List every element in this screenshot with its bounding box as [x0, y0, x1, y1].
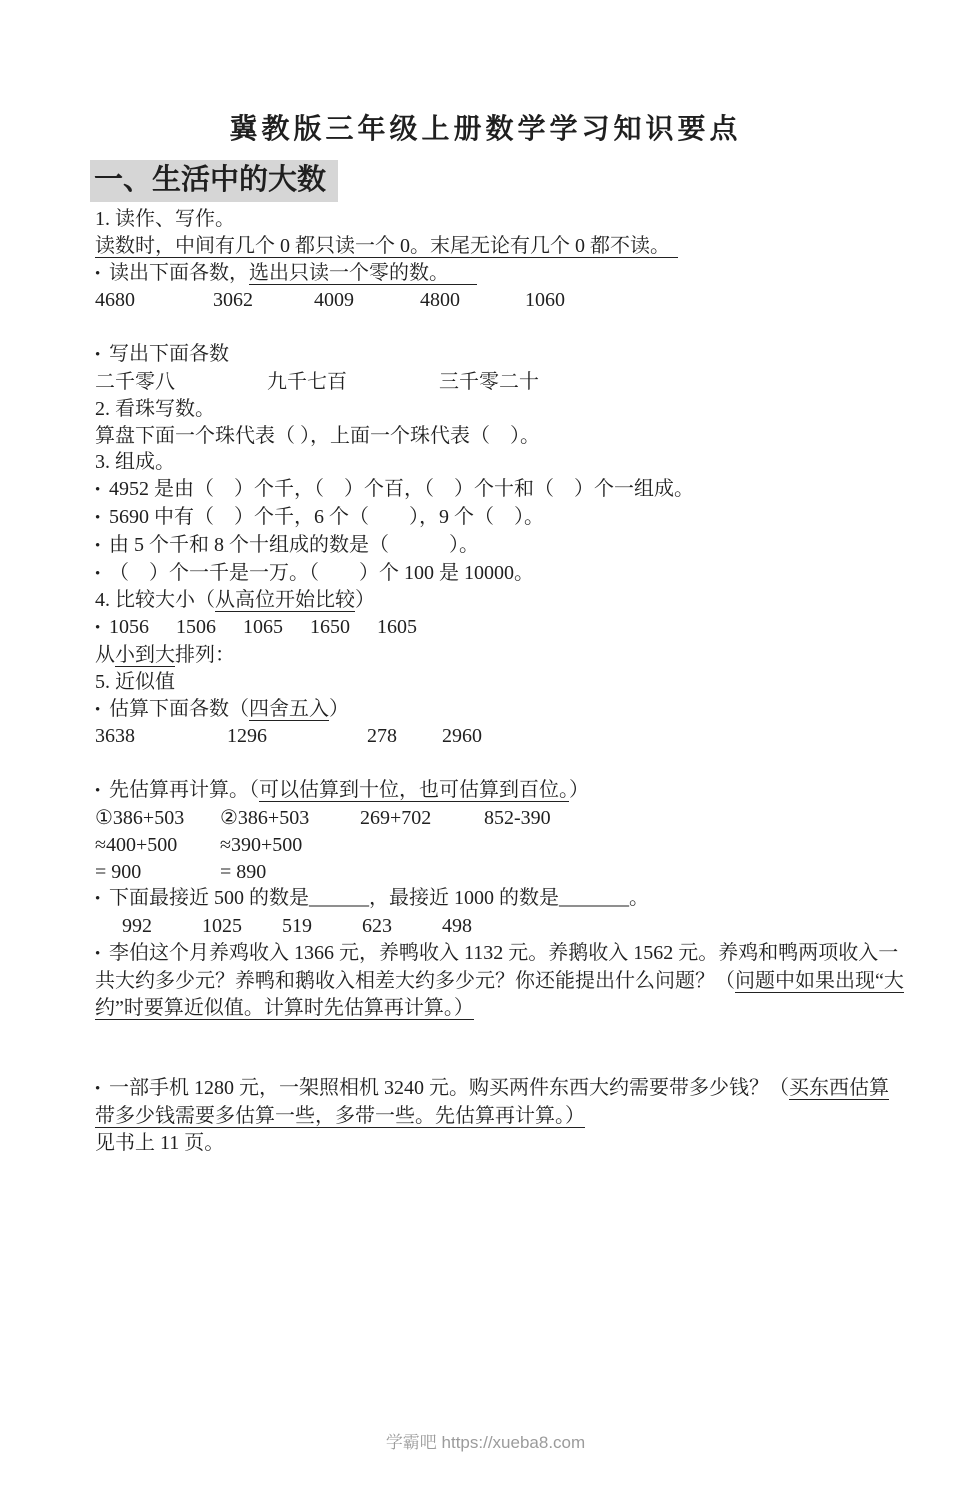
bullet-icon: •: [95, 505, 109, 532]
compare-numbers-row: •10561506106516501605: [95, 614, 905, 642]
compose-line-1: •4952 是由（ ）个千，（ ）个百，（ ）个十和（ ）个一组成。: [95, 476, 905, 504]
item-4-label: 4. 比较大小（从高位开始比较）: [95, 587, 905, 614]
number-cell: 1605: [377, 614, 444, 641]
calc-row-1: ①386+503②386+503269+702852-390: [95, 805, 905, 832]
number-cell: 3638: [95, 723, 227, 750]
expression-cell: ≈400+500: [95, 832, 220, 859]
write-numbers-prompt-line: •写出下面各数: [95, 341, 905, 369]
number-cell: 1060: [525, 287, 630, 314]
number-cell: 278: [367, 723, 442, 750]
item-1-label: 1. 读作、写作。: [95, 206, 905, 233]
number-cell: 1650: [310, 614, 377, 641]
compare-underlined: 从高位开始比较: [215, 589, 355, 612]
word-problem-2-text: 一部手机 1280 元，一架照相机 3240 元。购买两件东西大约需要带多少钱？…: [109, 1077, 789, 1099]
read-numbers-row: 46803062400948001060: [95, 287, 905, 314]
number-word-cell: 二千零八: [95, 369, 267, 396]
page-title: 冀教版三年级上册数学学习知识要点: [0, 112, 971, 148]
sort-suffix: 排列：: [175, 644, 235, 666]
closest-numbers-row: 9921025519623498: [95, 913, 905, 940]
compose-text: （ ）个一千是一万。（ ）个 100 是 10000。: [109, 562, 534, 584]
read-numbers-prompt-line: •读出下面各数，选出只读一个零的数。: [95, 260, 905, 288]
compose-line-4: •（ ）个一千是一万。（ ）个 100 是 10000。: [95, 560, 905, 588]
number-cell: 2960: [442, 723, 482, 750]
bullet-icon: •: [95, 477, 109, 504]
bullet-icon: •: [95, 533, 109, 560]
closest-text: 下面最接近 500 的数是______，最接近 1000 的数是_______。: [109, 887, 649, 909]
compose-text: 4952 是由（ ）个千，（ ）个百，（ ）个十和（ ）个一组成。: [109, 478, 694, 500]
abacus-line: 算盘下面一个珠代表（ ），上面一个珠代表（ ）。: [95, 423, 905, 450]
calc-row-3: = 900= 890: [95, 859, 905, 886]
item-2-label: 2. 看珠写数。: [95, 396, 905, 423]
number-cell: 992: [122, 913, 202, 940]
word-problem-1: •李伯这个月养鸡收入 1366 元，养鸭收入 1132 元。养鹅收入 1562 …: [95, 940, 905, 1021]
bullet-icon: •: [95, 561, 109, 588]
reading-rule-text: 读数时，中间有几个 0 都只读一个 0。末尾无论有几个 0 都不读。: [95, 235, 678, 258]
read-prompt: 读出下面各数，: [109, 262, 249, 284]
estimate-prefix: 估算下面各数（: [109, 698, 249, 720]
item-5-label: 5. 近似值: [95, 669, 905, 696]
estimate-numbers-row: 363812962782960: [95, 723, 905, 750]
expression-cell: = 900: [95, 859, 220, 886]
compare-prefix: 4. 比较大小（: [95, 589, 215, 611]
number-cell: 1056: [109, 614, 176, 641]
bullet-icon: •: [95, 342, 109, 369]
reading-rule-line: 读数时，中间有几个 0 都只读一个 0。末尾无论有几个 0 都不读。: [95, 233, 905, 260]
compose-line-3: •由 5 个千和 8 个十组成的数是（ ）。: [95, 532, 905, 560]
number-cell: 1506: [176, 614, 243, 641]
number-cell: 623: [362, 913, 442, 940]
footer-watermark: 学霸吧 https://xueba8.com: [0, 1428, 971, 1453]
write-numbers-row: 二千零八九千七百三千零二十: [95, 369, 905, 396]
calc-prompt-line: •先估算再计算。（可以估算到十位，也可估算到百位。）: [95, 777, 905, 805]
bullet-icon: •: [95, 261, 109, 288]
estimate-suffix: ）: [329, 698, 349, 720]
expression-cell: ≈390+500: [220, 832, 302, 859]
read-prompt-underlined: 选出只读一个零的数。: [249, 262, 477, 285]
compose-text: 5690 中有（ ）个千，6 个（ ），9 个（ ）。: [109, 506, 544, 528]
expression-cell: = 890: [220, 859, 266, 886]
number-cell: 3062: [213, 287, 314, 314]
estimate-prompt-line: •估算下面各数（四舍五入）: [95, 696, 905, 724]
number-cell: 4680: [95, 287, 213, 314]
write-prompt: 写出下面各数: [109, 343, 229, 365]
calc-prefix: 先估算再计算。（: [109, 779, 259, 801]
compare-suffix: ）: [355, 589, 375, 611]
bullet-icon: •: [95, 941, 109, 968]
bullet-icon: •: [95, 615, 109, 642]
word-problem-2: •一部手机 1280 元，一架照相机 3240 元。购买两件东西大约需要带多少钱…: [95, 1075, 905, 1130]
bullet-icon: •: [95, 697, 109, 724]
compose-line-2: •5690 中有（ ）个千，6 个（ ），9 个（ ）。: [95, 504, 905, 532]
number-cell: 4800: [420, 287, 525, 314]
section-heading-row: 一、生活中的大数: [90, 160, 971, 202]
see-book-line: 见书上 11 页。: [95, 1130, 905, 1157]
number-word-cell: 九千七百: [267, 369, 439, 396]
sort-line: 从小到大排列：: [95, 642, 905, 669]
number-cell: 498: [442, 913, 522, 940]
document-body: 1. 读作、写作。 读数时，中间有几个 0 都只读一个 0。末尾无论有几个 0 …: [95, 206, 905, 1157]
section-heading: 一、生活中的大数: [90, 160, 338, 202]
calc-suffix: ）: [569, 779, 589, 801]
number-cell: 1065: [243, 614, 310, 641]
item-3-label: 3. 组成。: [95, 449, 905, 476]
expression-cell: 852-390: [484, 805, 551, 832]
estimate-underlined: 四舍五入: [249, 698, 329, 721]
expression-cell: 269+702: [360, 805, 484, 832]
sort-underlined: 小到大: [115, 644, 175, 667]
expression-cell: ①386+503: [95, 805, 220, 832]
number-cell: 1296: [227, 723, 367, 750]
number-word-cell: 三千零二十: [439, 369, 611, 396]
number-cell: 519: [282, 913, 362, 940]
compose-text: 由 5 个千和 8 个十组成的数是（ ）。: [109, 534, 479, 556]
closest-line: •下面最接近 500 的数是______，最接近 1000 的数是_______…: [95, 885, 905, 913]
bullet-icon: •: [95, 886, 109, 913]
sort-prefix: 从: [95, 644, 115, 666]
bullet-icon: •: [95, 1076, 109, 1103]
calc-underlined: 可以估算到十位，也可估算到百位。: [259, 779, 569, 802]
number-cell: 4009: [314, 287, 420, 314]
expression-cell: ②386+503: [220, 805, 360, 832]
bullet-icon: •: [95, 778, 109, 805]
calc-row-2: ≈400+500≈390+500: [95, 832, 905, 859]
number-cell: 1025: [202, 913, 282, 940]
